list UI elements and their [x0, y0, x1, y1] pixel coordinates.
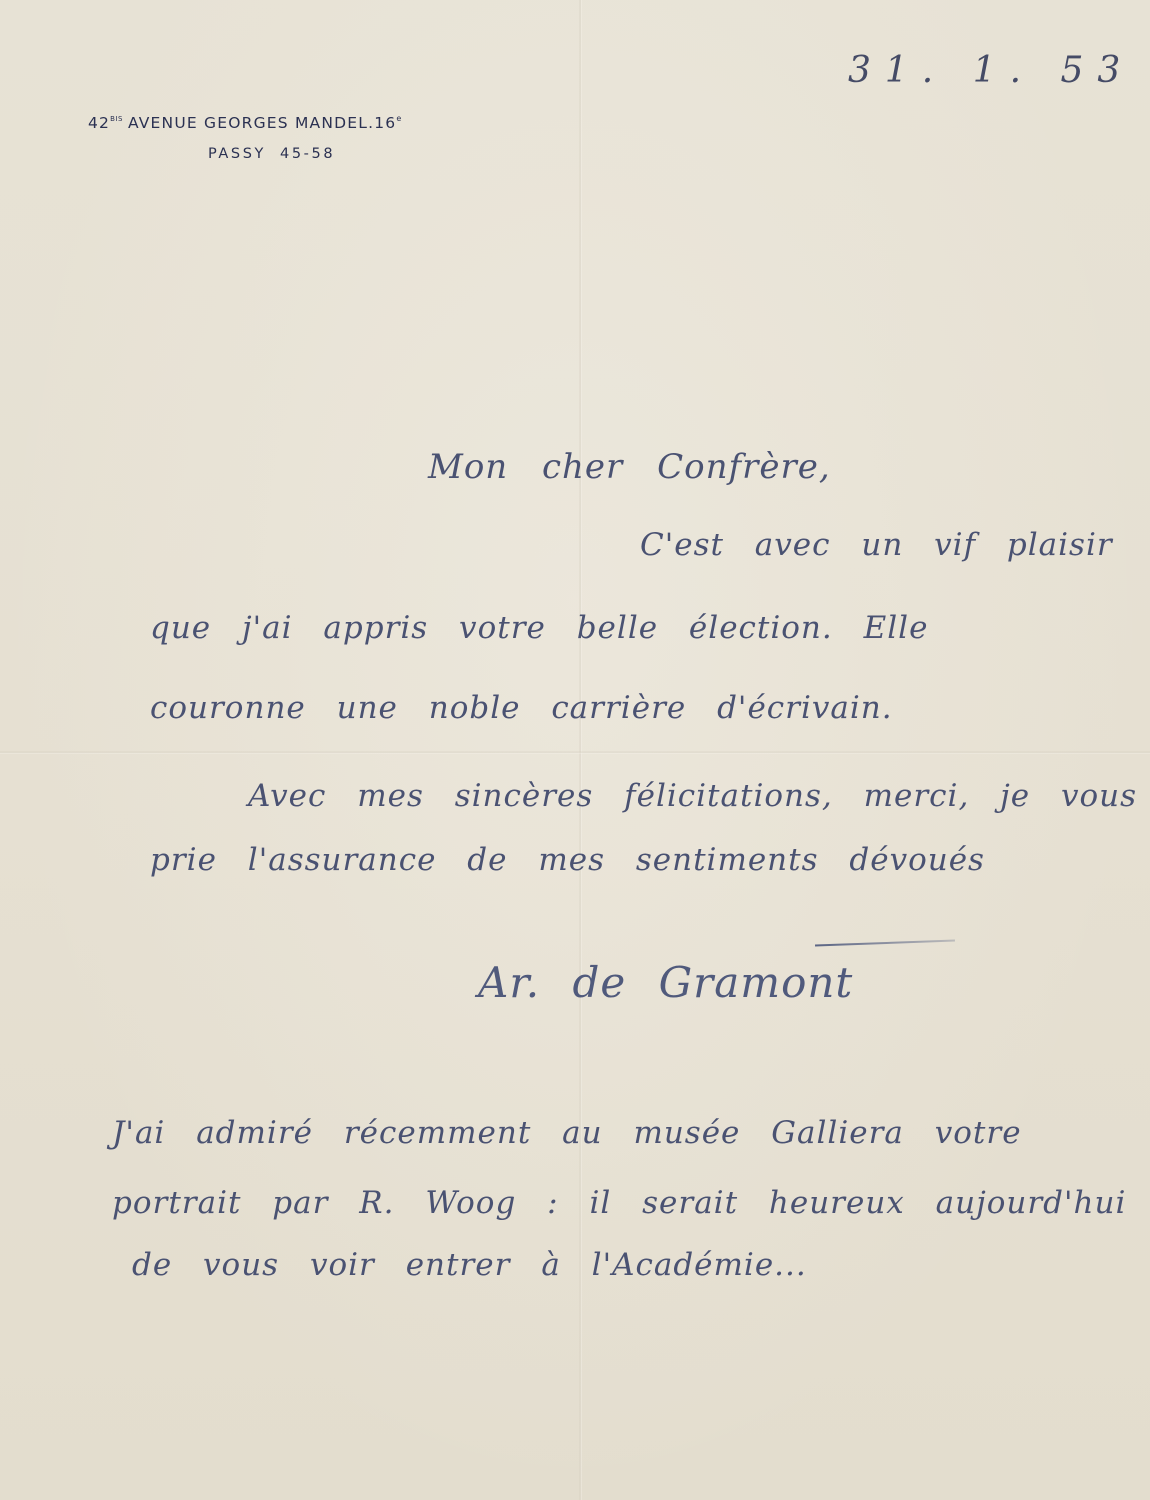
letter-sheet: 42BISAVENUE GEORGES MANDEL.16e PASSY45-5…: [0, 0, 1150, 1500]
body-line: couronne une noble carrière d'écrivain.: [150, 690, 893, 726]
salutation: Mon cher Confrère,: [428, 447, 831, 487]
phone-number: 45-58: [280, 146, 335, 162]
letterhead-phone: PASSY45-58: [208, 146, 335, 162]
street-number: 42: [88, 114, 110, 132]
letter-date: 31. 1. 53: [848, 50, 1134, 91]
body-line: Avec mes sincères félicitations, merci, …: [248, 778, 1137, 814]
bis-superscript: BIS: [110, 115, 123, 123]
arrondissement: .16: [368, 114, 396, 132]
body-line: que j'ai appris votre belle élection. El…: [150, 610, 928, 646]
postscript-line: de vous voir entrer à l'Académie...: [132, 1247, 807, 1283]
body-line: prie l'assurance de mes sentiments dévou…: [150, 842, 985, 878]
horizontal-fold-line: [0, 751, 1150, 754]
signature: Ar. de Gramont: [478, 958, 853, 1007]
phone-exchange: PASSY: [208, 146, 266, 162]
street-name: AVENUE GEORGES MANDEL: [128, 114, 368, 132]
body-line: C'est avec un vif plaisir: [640, 527, 1113, 563]
arrondissement-suffix: e: [396, 114, 402, 123]
postscript-line: J'ai admiré récemment au musée Galliera …: [112, 1115, 1022, 1151]
postscript-line: portrait par R. Woog : il serait heureux…: [112, 1185, 1126, 1221]
letterhead: 42BISAVENUE GEORGES MANDEL.16e PASSY45-5…: [88, 114, 402, 132]
letterhead-address: 42BISAVENUE GEORGES MANDEL.16e: [88, 114, 402, 132]
signature-flourish: [815, 940, 955, 947]
